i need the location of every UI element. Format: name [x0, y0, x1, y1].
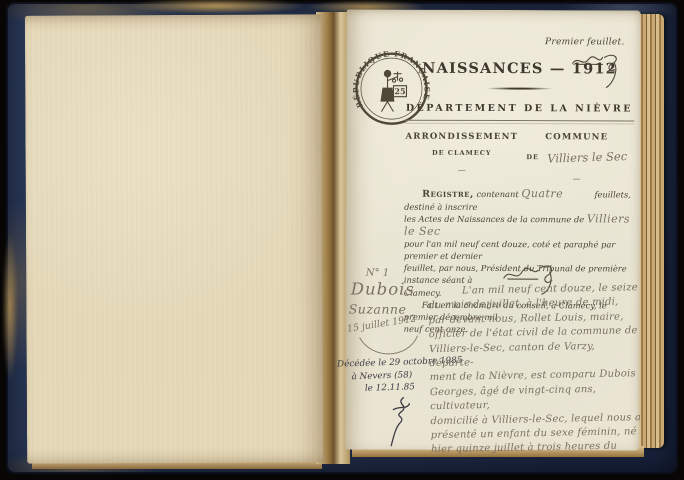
declaration-text: les Actes de Naissances de la commune de — [404, 214, 584, 225]
cover-wear — [2, 232, 18, 382]
declaration-text: contenant — [476, 189, 518, 199]
department-heading: DÉPARTEMENT DE LA NIÈVRE — [404, 103, 634, 115]
registre-word: Registre, — [422, 189, 474, 200]
page-edge-stack — [638, 14, 664, 448]
commune-prefix: DE — [526, 153, 539, 161]
separator-dash: — — [519, 174, 634, 183]
arrondissement-block: ARRONDISSEMENT DE CLAMECY — — [404, 132, 519, 183]
commune-label: COMMUNE — [519, 132, 634, 142]
folio-note: Premier feuillet. — [545, 37, 625, 47]
ornament-rule — [404, 87, 634, 91]
declaration-line: pour l'an mil neuf cent douze, coté et p… — [404, 238, 634, 263]
declaration-line: les Actes de Naissances de la commune de… — [404, 213, 634, 238]
declaration-line: Registre, contenant Quatre feuillets, de… — [404, 188, 634, 214]
sheet-count-handwritten: Quatre — [521, 187, 563, 200]
register-scan: Premier feuillet. RÉPUBLIQUE FRANÇAISE 2… — [0, 0, 684, 480]
act-body-line: Georges, âgé de vingt-cinq ans, cultivat… — [430, 382, 643, 415]
act-body-line: Villiers-le-Sec, canton de Varzy, départ… — [429, 339, 642, 372]
act-margin-surname: Dubois — [351, 280, 415, 299]
jurisdiction-row: ARRONDISSEMENT DE CLAMECY — COMMUNE DE V… — [404, 132, 634, 184]
separator-dash: — — [404, 166, 519, 175]
arrondissement-label: ARRONDISSEMENT — [404, 132, 519, 142]
commune-name-handwritten: Villiers le Sec — [547, 149, 627, 166]
left-blank-page — [25, 14, 323, 464]
page-title: NAISSANCES — 1912 — [405, 60, 635, 78]
act-margin-given-name: Suzanne — [349, 301, 407, 316]
arrondissement-value: DE CLAMECY — [404, 149, 519, 157]
act-number: N° 1 — [366, 268, 389, 279]
right-register-page: Premier feuillet. RÉPUBLIQUE FRANÇAISE 2… — [345, 9, 641, 450]
clerk-paraph-icon — [387, 396, 415, 448]
act-body: L'an mil neuf cent douze, le seize du mo… — [428, 281, 643, 458]
divider-rule — [404, 120, 634, 125]
cover-wear — [126, 0, 306, 14]
commune-block: COMMUNE DE Villiers le Sec — — [519, 132, 634, 183]
